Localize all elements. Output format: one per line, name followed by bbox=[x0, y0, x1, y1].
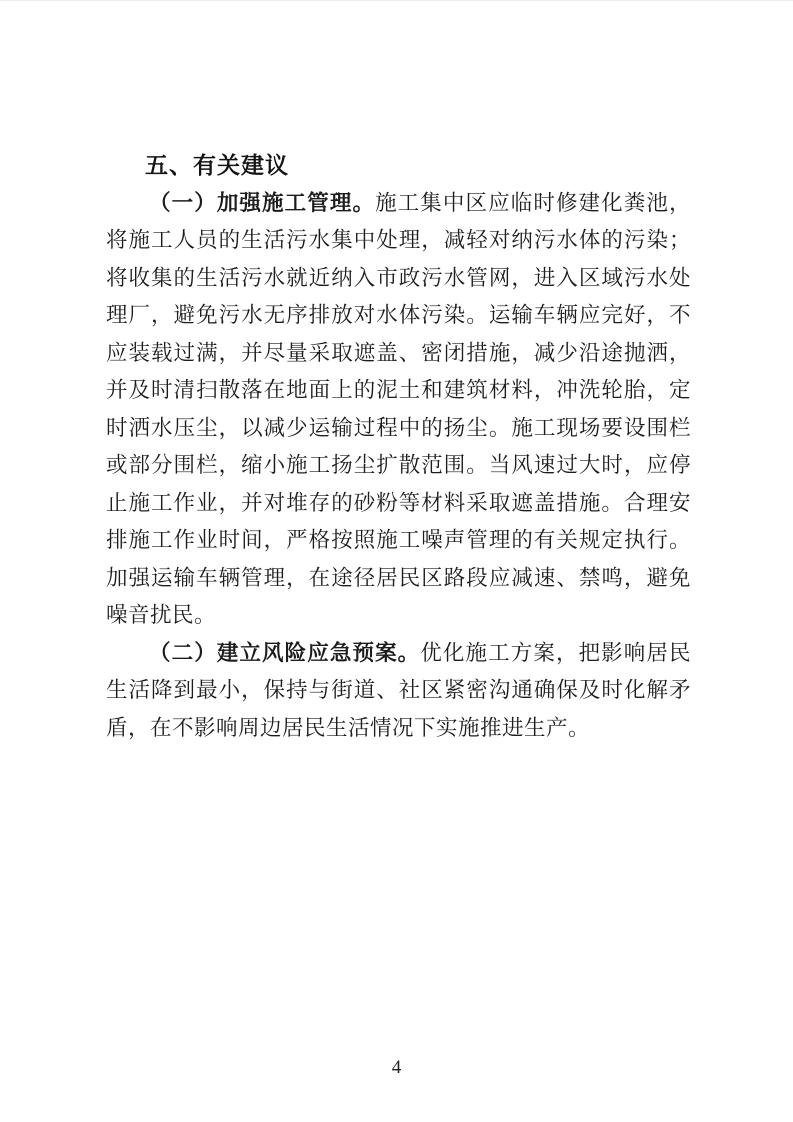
page-number: 4 bbox=[0, 1057, 793, 1079]
paragraph-2: （二）建立风险应急预案。优化施工方案，把影响居民生活降到最小，保持与街道、社区紧… bbox=[106, 635, 691, 748]
section-heading: 五、有关建议 bbox=[106, 147, 691, 185]
document-page: 五、有关建议 （一）加强施工管理。施工集中区应临时修建化粪池，将施工人员的生活污… bbox=[0, 0, 793, 1122]
page-content: 五、有关建议 （一）加强施工管理。施工集中区应临时修建化粪池，将施工人员的生活污… bbox=[106, 147, 691, 747]
paragraph-1-text: 施工集中区应临时修建化粪池，将施工人员的生活污水集中处理，减轻对纳污水体的污染；… bbox=[106, 191, 691, 628]
paragraph-1: （一）加强施工管理。施工集中区应临时修建化粪池，将施工人员的生活污水集中处理，减… bbox=[106, 185, 691, 635]
paragraph-1-lead: （一）加强施工管理。 bbox=[149, 191, 375, 215]
paragraph-2-lead: （二）建立风险应急预案。 bbox=[149, 641, 420, 665]
